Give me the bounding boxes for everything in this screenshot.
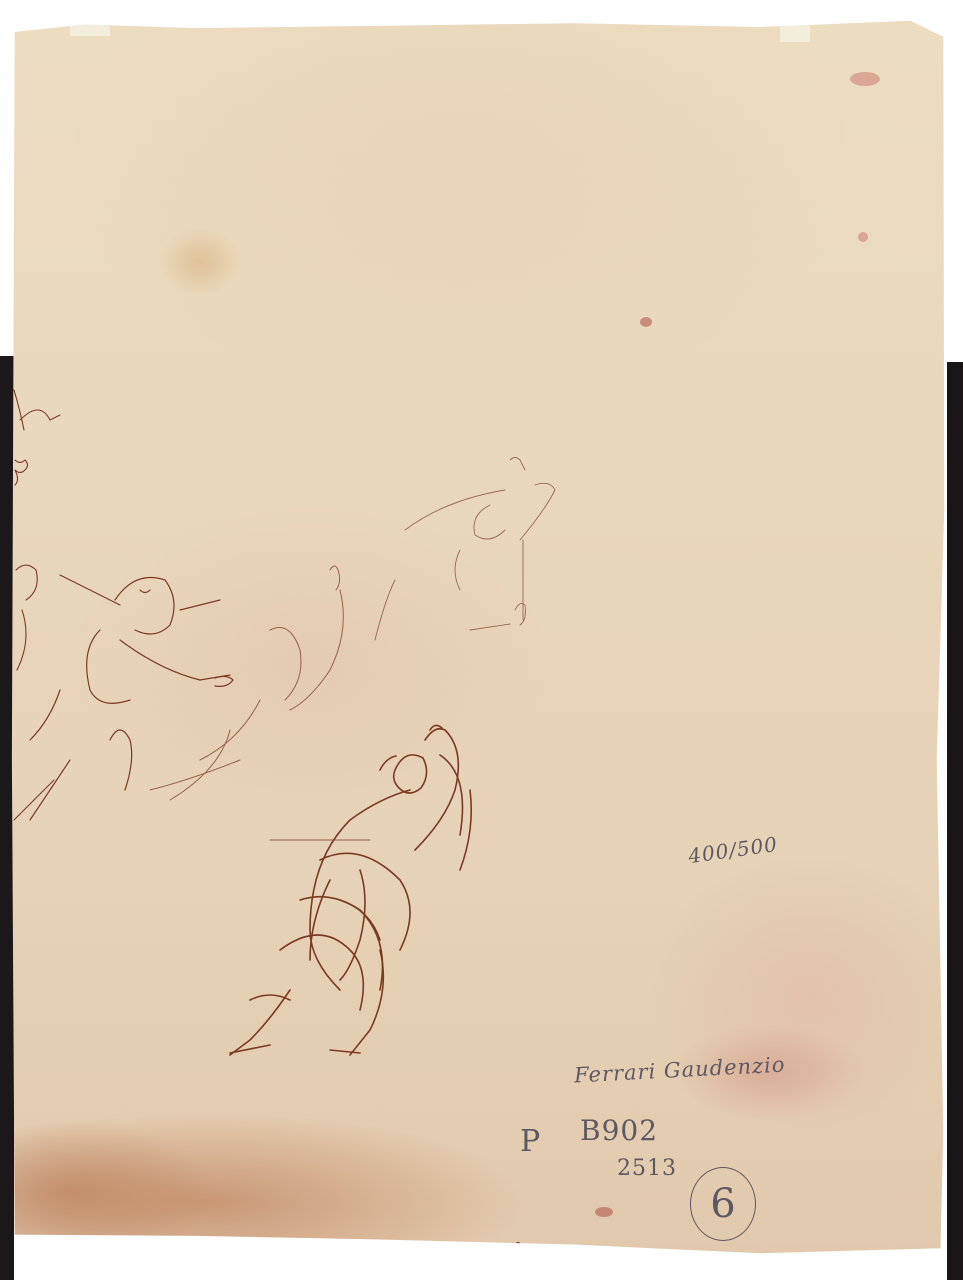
faint-upper-figure <box>375 458 555 641</box>
faint-reaching-figure <box>150 566 370 840</box>
standing-draped-figure <box>230 725 471 1055</box>
circled-number: 6 <box>690 1167 756 1241</box>
putto-pointing <box>30 575 233 820</box>
secondary-number: 2513 <box>617 1156 677 1181</box>
edge-fragments <box>14 390 60 820</box>
collection-prefix: P <box>520 1124 541 1159</box>
circled-number-text: 6 <box>710 1181 735 1227</box>
inventory-number: B902 <box>580 1114 658 1147</box>
ink-sketches <box>0 0 963 1280</box>
